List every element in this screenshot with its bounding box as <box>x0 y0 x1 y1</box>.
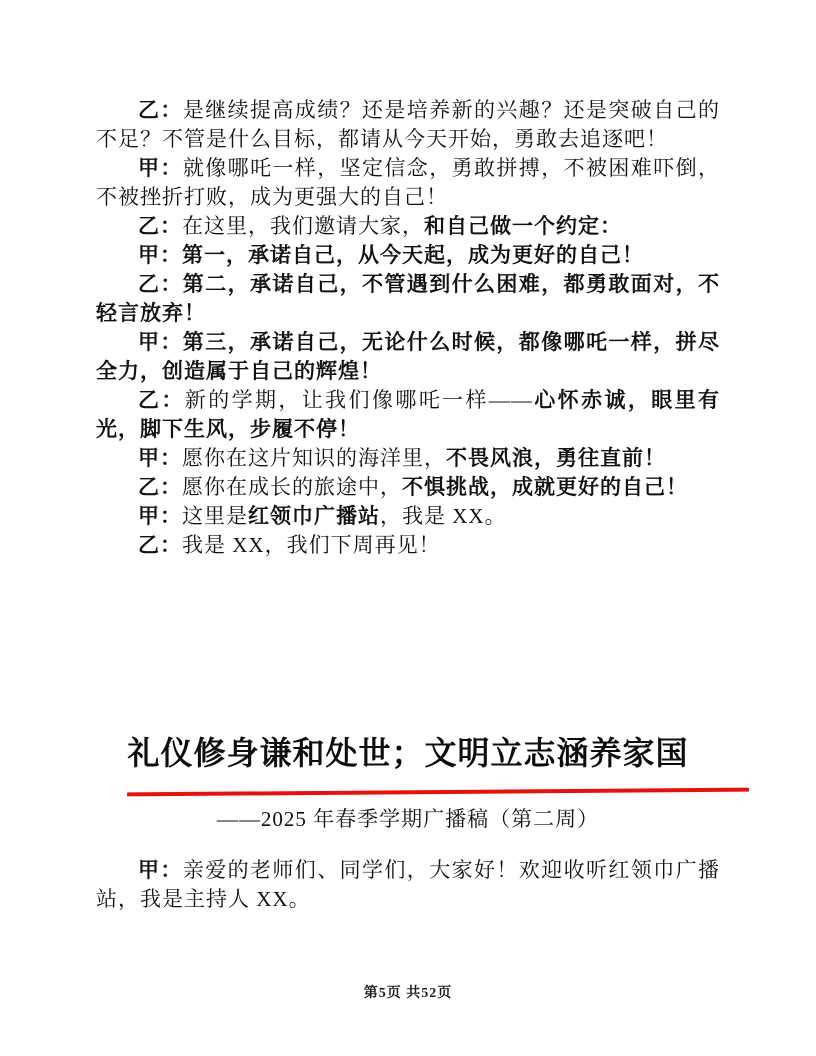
text-run: 甲：第三，承诺自己，无论什么时候，都像哪吒一样，拼尽全力，创造属于自己的辉煌！ <box>96 330 720 383</box>
dialogue-paragraph: 甲：这里是红领巾广播站，我是 XX。 <box>96 502 720 531</box>
document-content: 乙：是继续提高成绩？还是培养新的兴趣？还是突破自己的不足？不管是什么目标，都请从… <box>0 0 816 914</box>
text-run: 亲爱的老师们、同学们，大家好！欢迎收听红领巾广播站，我是主持人 XX。 <box>96 858 720 911</box>
text-run: 甲： <box>138 156 183 180</box>
text-run: 不惧挑战，成就更好的自己！ <box>402 475 688 499</box>
text-run: 和自己做一个约定： <box>424 214 622 238</box>
page-number: 第5页 共52页 <box>364 986 453 1001</box>
dialogue-paragraph: 乙：在这里，我们邀请大家，和自己做一个约定： <box>96 212 720 241</box>
text-run: 是继续提高成绩？还是培养新的兴趣？还是突破自己的不足？不管是什么目标，都请从今天… <box>96 98 720 151</box>
text-run: 乙： <box>138 98 183 122</box>
page-footer: 第5页 共52页 <box>0 982 816 1002</box>
dialogue-paragraph: 乙：我是 XX，我们下周再见！ <box>96 531 720 560</box>
article-subtitle: ——2025 年春季学期广播稿（第二周） <box>96 804 720 834</box>
text-run: 甲：第一，承诺自己，从今天起，成为更好的自己！ <box>138 243 644 267</box>
text-run: 甲： <box>138 446 182 470</box>
dialogue-section-new-article: 甲：亲爱的老师们、同学们，大家好！欢迎收听红领巾广播站，我是主持人 XX。 <box>96 856 720 914</box>
article-title: 礼仪修身谦和处世；文明立志涵养家国 <box>96 731 720 775</box>
text-run: 甲： <box>138 858 183 882</box>
dialogue-paragraph: 乙：第二，承诺自己，不管遇到什么困难，都勇敢面对，不轻言放弃！ <box>96 270 720 328</box>
text-run: 在这里，我们邀请大家， <box>182 214 424 238</box>
document-page: 乙：是继续提高成绩？还是培养新的兴趣？还是突破自己的不足？不管是什么目标，都请从… <box>0 0 816 1056</box>
text-run: 新的学期，让我们像哪吒一样—— <box>185 388 533 412</box>
text-run: 愿你在这片知识的海洋里， <box>182 446 446 470</box>
text-run: 就像哪吒一样，坚定信念，勇敢拼搏，不被困难吓倒，不被挫折打败，成为更强大的自己！ <box>96 156 720 209</box>
dialogue-paragraph: 甲：就像哪吒一样，坚定信念，勇敢拼搏，不被困难吓倒，不被挫折打败，成为更强大的自… <box>96 154 720 212</box>
text-run: 乙： <box>138 533 182 557</box>
text-run: 红领巾广播站 <box>248 504 380 528</box>
dialogue-paragraph: 甲：第三，承诺自己，无论什么时候，都像哪吒一样，拼尽全力，创造属于自己的辉煌！ <box>96 328 720 386</box>
text-run: 乙： <box>138 388 185 412</box>
red-divider-line <box>127 788 749 797</box>
text-run: 乙：第二，承诺自己，不管遇到什么困难，都勇敢面对，不轻言放弃！ <box>96 272 720 325</box>
text-run: 这里是 <box>182 504 248 528</box>
dialogue-paragraph: 甲：第一，承诺自己，从今天起，成为更好的自己！ <box>96 241 720 270</box>
text-run: 乙： <box>138 214 182 238</box>
text-run: 不畏风浪，勇往直前！ <box>446 446 666 470</box>
dialogue-paragraph: 乙：新的学期，让我们像哪吒一样——心怀赤诚，眼里有光，脚下生风，步履不停！ <box>96 386 720 444</box>
dialogue-paragraph: 乙：是继续提高成绩？还是培养新的兴趣？还是突破自己的不足？不管是什么目标，都请从… <box>96 96 720 154</box>
text-run: ，我是 XX。 <box>380 504 507 528</box>
dialogue-section-previous-article: 乙：是继续提高成绩？还是培养新的兴趣？还是突破自己的不足？不管是什么目标，都请从… <box>96 96 720 560</box>
dialogue-paragraph: 甲：亲爱的老师们、同学们，大家好！欢迎收听红领巾广播站，我是主持人 XX。 <box>96 856 720 914</box>
text-run: 我是 XX，我们下周再见！ <box>182 533 441 557</box>
text-run: 甲： <box>138 504 182 528</box>
dialogue-paragraph: 甲：愿你在这片知识的海洋里，不畏风浪，勇往直前！ <box>96 444 720 473</box>
text-run: 愿你在成长的旅途中， <box>182 475 402 499</box>
text-run: 乙： <box>138 475 182 499</box>
dialogue-paragraph: 乙：愿你在成长的旅途中，不惧挑战，成就更好的自己！ <box>96 473 720 502</box>
